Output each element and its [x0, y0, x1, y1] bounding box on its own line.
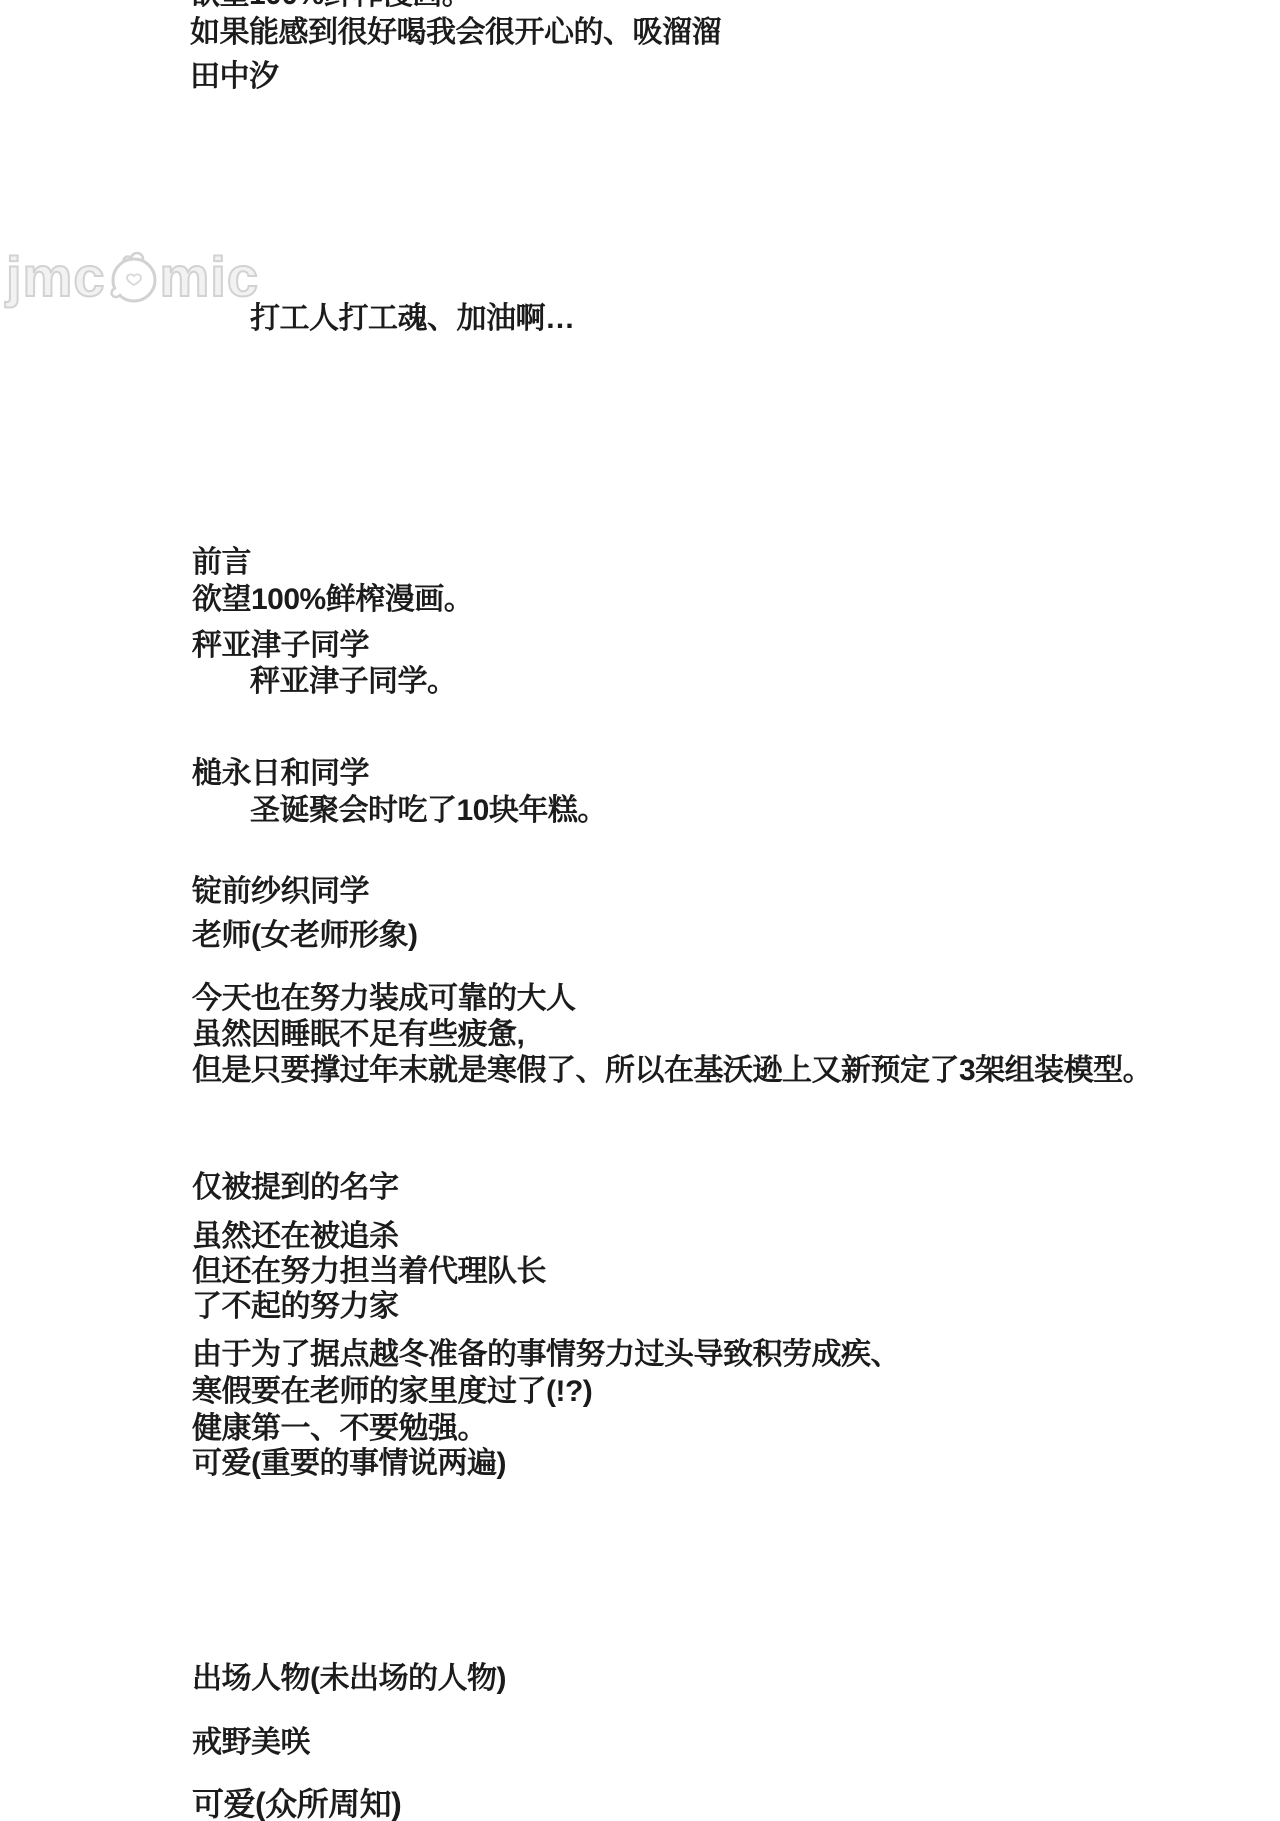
entry-title: 秤亚津子同学 [192, 629, 369, 663]
watermark-text-right: mic [160, 244, 260, 309]
entry-note: 可爱(重要的事情说两遍) [192, 1447, 506, 1481]
cast-name: 戒野美咲 [192, 1726, 310, 1760]
entry-note: 寒假要在老师的家里度过了(!?) [192, 1375, 592, 1409]
clipped-top-line: 欲望100%鲜榨漫画。 [190, 0, 471, 12]
preface-heading: 前言 [192, 546, 251, 580]
entry-note: 了不起的努力家 [192, 1290, 399, 1324]
entry-title: 槌永日和同学 [192, 757, 369, 791]
intro-tagline: 如果能感到很好喝我会很开心的、吸溜溜 [190, 16, 721, 50]
entry-note: 健康第一、不要勉强。 [192, 1412, 487, 1446]
entry-note: 但是只要撑过年末就是寒假了、所以在基沃逊上又新预定了3架组装模型。 [192, 1054, 1152, 1088]
entry-note: 秤亚津子同学。 [250, 665, 457, 699]
entry-note: 虽然因睡眠不足有些疲惫, [192, 1018, 524, 1052]
watermark-text-left: jmc [6, 244, 106, 309]
entry-subtitle: 老师(女老师形象) [192, 919, 417, 953]
comic-preface-page: 欲望100%鲜榨漫画。 如果能感到很好喝我会很开心的、吸溜溜 田中汐 jmc m… [0, 0, 1280, 1821]
worker-note: 打工人打工魂、加油啊… [250, 302, 575, 336]
entry-note: 虽然还在被追杀 [192, 1220, 399, 1254]
entry-note: 今天也在努力装成可靠的大人 [192, 982, 576, 1016]
entry-title: 锭前纱织同学 [192, 875, 369, 909]
jmcomic-watermark: jmc mic [6, 244, 259, 309]
author-name: 田中汐 [190, 60, 279, 94]
entry-note: 圣诞聚会时吃了10块年糕。 [250, 794, 607, 828]
preface-subheading: 欲望100%鲜榨漫画。 [192, 583, 473, 617]
entry-note: 由于为了据点越冬准备的事情努力过头导致积劳成疾、 [192, 1338, 900, 1372]
bird-mascot-icon [104, 248, 162, 306]
cast-note: 可爱(众所周知) [192, 1787, 401, 1821]
cast-heading: 出场人物(未出场的人物) [192, 1662, 506, 1696]
entry-note: 但还在努力担当着代理队长 [192, 1255, 546, 1289]
entry-title: 仅被提到的名字 [192, 1171, 399, 1205]
